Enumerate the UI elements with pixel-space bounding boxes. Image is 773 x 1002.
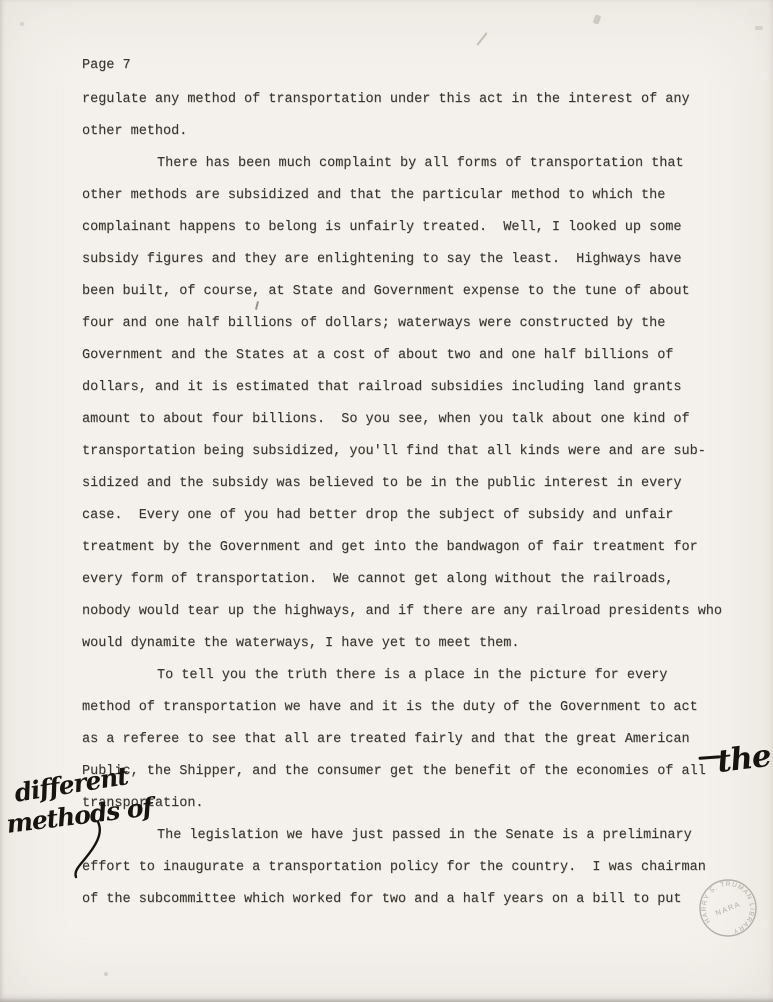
smudge-mark [104,972,108,976]
smudge-mark [593,14,602,25]
pencil-mark [476,32,487,46]
typed-line: transportation. [82,788,742,820]
typed-line: nobody would tear up the highways, and i… [82,596,742,628]
typed-line: Public, the Shipper, and the consumer ge… [82,756,742,788]
typed-line: amount to about four billions. So you se… [82,404,742,436]
typed-line: effort to inaugurate a transportation po… [82,852,742,884]
typed-line: complainant happens to belong is unfairl… [82,212,742,244]
document-page: Page 7 regulate any method of transporta… [0,0,773,1002]
typed-line: four and one half billions of dollars; w… [82,308,742,340]
typed-line: been built, of course, at State and Gove… [82,276,742,308]
scan-edge-shadow [0,998,773,1002]
typed-line: regulate any method of transportation un… [82,84,742,116]
typed-line: would dynamite the waterways, I have yet… [82,628,742,660]
typed-line: as a referee to see that all are treated… [82,724,742,756]
handwritten-insertion: the [697,738,772,782]
typed-line: sidized and the subsidy was believed to … [82,468,742,500]
smudge-mark [20,22,24,26]
typed-line: method of transportation we have and it … [82,692,742,724]
typed-line: case. Every one of you had better drop t… [82,500,742,532]
handwritten-word: the [715,738,773,780]
typed-line: To tell you the truth there is a place i… [82,660,742,692]
page-number-label: Page 7 [82,56,131,76]
stray-type-mark [303,668,305,670]
typed-line: dollars, and it is estimated that railro… [82,372,742,404]
archive-stamp: HARRY S. TRUMAN LIBRARY NARA [686,866,770,950]
typed-line: There has been much complaint by all for… [82,148,742,180]
smudge-mark [755,26,763,30]
stamp-center-text: NARA [714,899,742,917]
typed-line: of the subcommittee which worked for two… [82,884,742,916]
typed-line: other method. [82,116,742,148]
typed-line: transportation being subsidized, you'll … [82,436,742,468]
typed-line: treatment by the Government and get into… [82,532,742,564]
typed-line: other methods are subsidized and that th… [82,180,742,212]
typed-line: The legislation we have just passed in t… [82,820,742,852]
typed-line: every form of transportation. We cannot … [82,564,742,596]
typed-line: Government and the States at a cost of a… [82,340,742,372]
typed-line: subsidy figures and they are enlightenin… [82,244,742,276]
typed-text-body: regulate any method of transportation un… [82,84,742,916]
